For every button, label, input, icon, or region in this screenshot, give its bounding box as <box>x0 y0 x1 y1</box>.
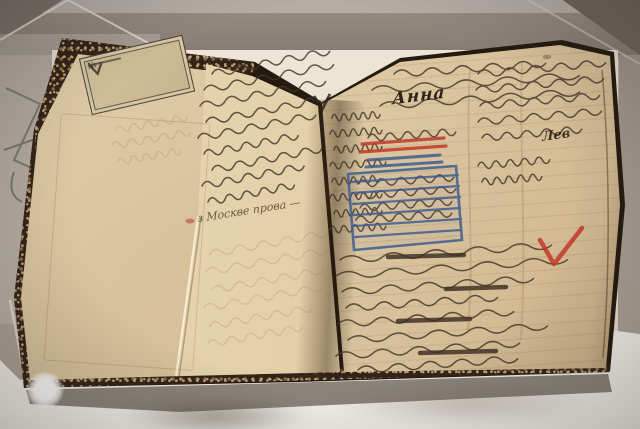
light-reflection <box>26 372 64 408</box>
pastedown-faint-marks <box>110 120 200 180</box>
blue-crossout-box <box>348 155 462 250</box>
soft-shadow <box>120 396 310 429</box>
handwriting-ghost-lines <box>200 242 340 362</box>
photo-of-manuscript-in-display-case: № <box>0 0 640 429</box>
soft-shadow <box>330 380 600 424</box>
red-checkmark <box>540 228 582 264</box>
glass-edge <box>0 0 68 40</box>
handwriting-right-page <box>328 44 618 379</box>
